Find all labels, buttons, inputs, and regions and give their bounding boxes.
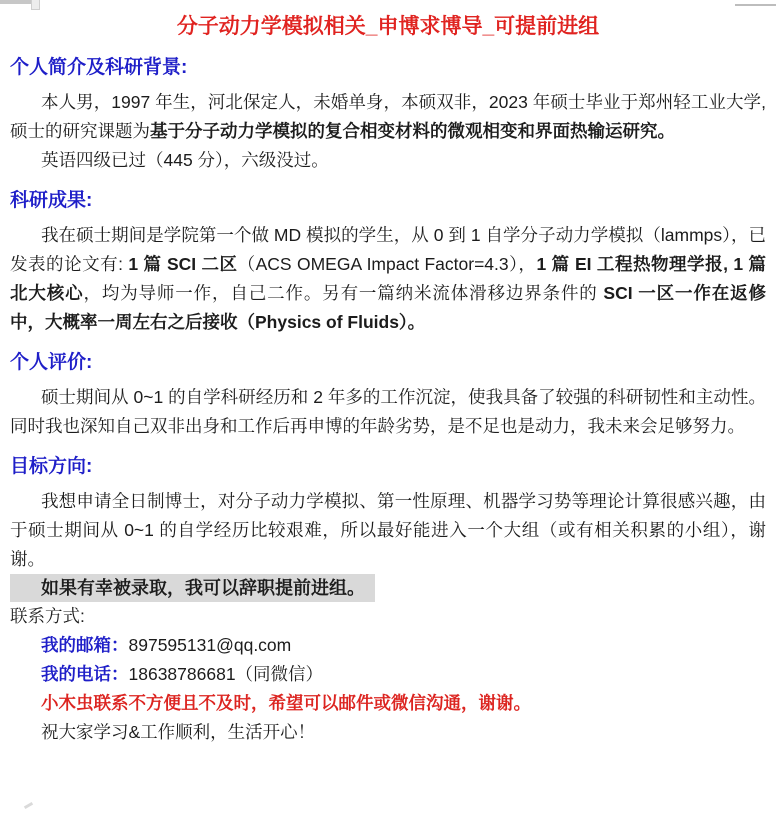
contact-heading: 联系方式: xyxy=(10,602,766,631)
english-score-paragraph: 英语四级已过（445 分），六级没过。 xyxy=(10,146,766,175)
email-value: 897595131@qq.com xyxy=(129,635,292,655)
cropped-ui-fragment-bottom-left xyxy=(24,802,33,809)
closing-wish: 祝大家学习&工作顺利，生活开心！ xyxy=(10,718,766,747)
sci-q2-bold: 1 篇 SCI 二区 xyxy=(128,254,237,274)
achievements-paragraph: 我在硕士期间是学院第一个做 MD 模拟的学生，从 0 到 1 自学分子动力学模拟… xyxy=(10,221,766,337)
intro-paragraph: 本人男，1997 年生，河北保定人，未婚单身，本硕双非，2023 年硕士毕业于郑… xyxy=(10,88,766,146)
cropped-ui-fragment-top-right xyxy=(735,4,776,6)
section-heading-target: 目标方向: xyxy=(10,454,766,479)
phone-label: 我的电话： xyxy=(41,664,129,684)
research-topic-bold: 基于分子动力学模拟的复合相变材料的微观相变和界面热输运研究。 xyxy=(150,121,675,141)
contact-notice: 小木虫联系不方便且不及时，希望可以邮件或微信沟通，谢谢。 xyxy=(10,689,766,718)
section-heading-intro: 个人简介及科研背景: xyxy=(10,55,766,80)
section-heading-achievements: 科研成果: xyxy=(10,188,766,213)
phone-value: 18638786681（同微信） xyxy=(129,664,324,684)
phone-line: 我的电话：18638786681（同微信） xyxy=(10,660,766,689)
page-title: 分子动力学模拟相关_申博求博导_可提前进组 xyxy=(10,12,766,42)
self-eval-paragraph: 硕士期间从 0~1 的自学科研经历和 2 年多的工作沉淀，使我具备了较强的科研韧… xyxy=(10,383,766,441)
document-page: 分子动力学模拟相关_申博求博导_可提前进组 个人简介及科研背景: 本人男，199… xyxy=(0,0,776,814)
highlight-note: 如果有幸被录取，我可以辞职提前进组。 xyxy=(10,574,375,602)
highlight-row: 如果有幸被录取，我可以辞职提前进组。 xyxy=(10,574,766,602)
section-heading-self-eval: 个人评价: xyxy=(10,350,766,375)
target-paragraph: 我想申请全日制博士，对分子动力学模拟、第一性原理、机器学习势等理论计算很感兴趣，… xyxy=(10,487,766,574)
achievements-text-3: ，均为导师一作，自己二作。另有一篇纳米流体滑移边界条件的 xyxy=(83,283,603,303)
achievements-text-2: （ACS OMEGA Impact Factor=4.3）， xyxy=(238,254,537,274)
email-label: 我的邮箱： xyxy=(41,635,129,655)
email-line: 我的邮箱：897595131@qq.com xyxy=(10,631,766,660)
cropped-ui-fragment-top-left-notch xyxy=(31,0,40,10)
